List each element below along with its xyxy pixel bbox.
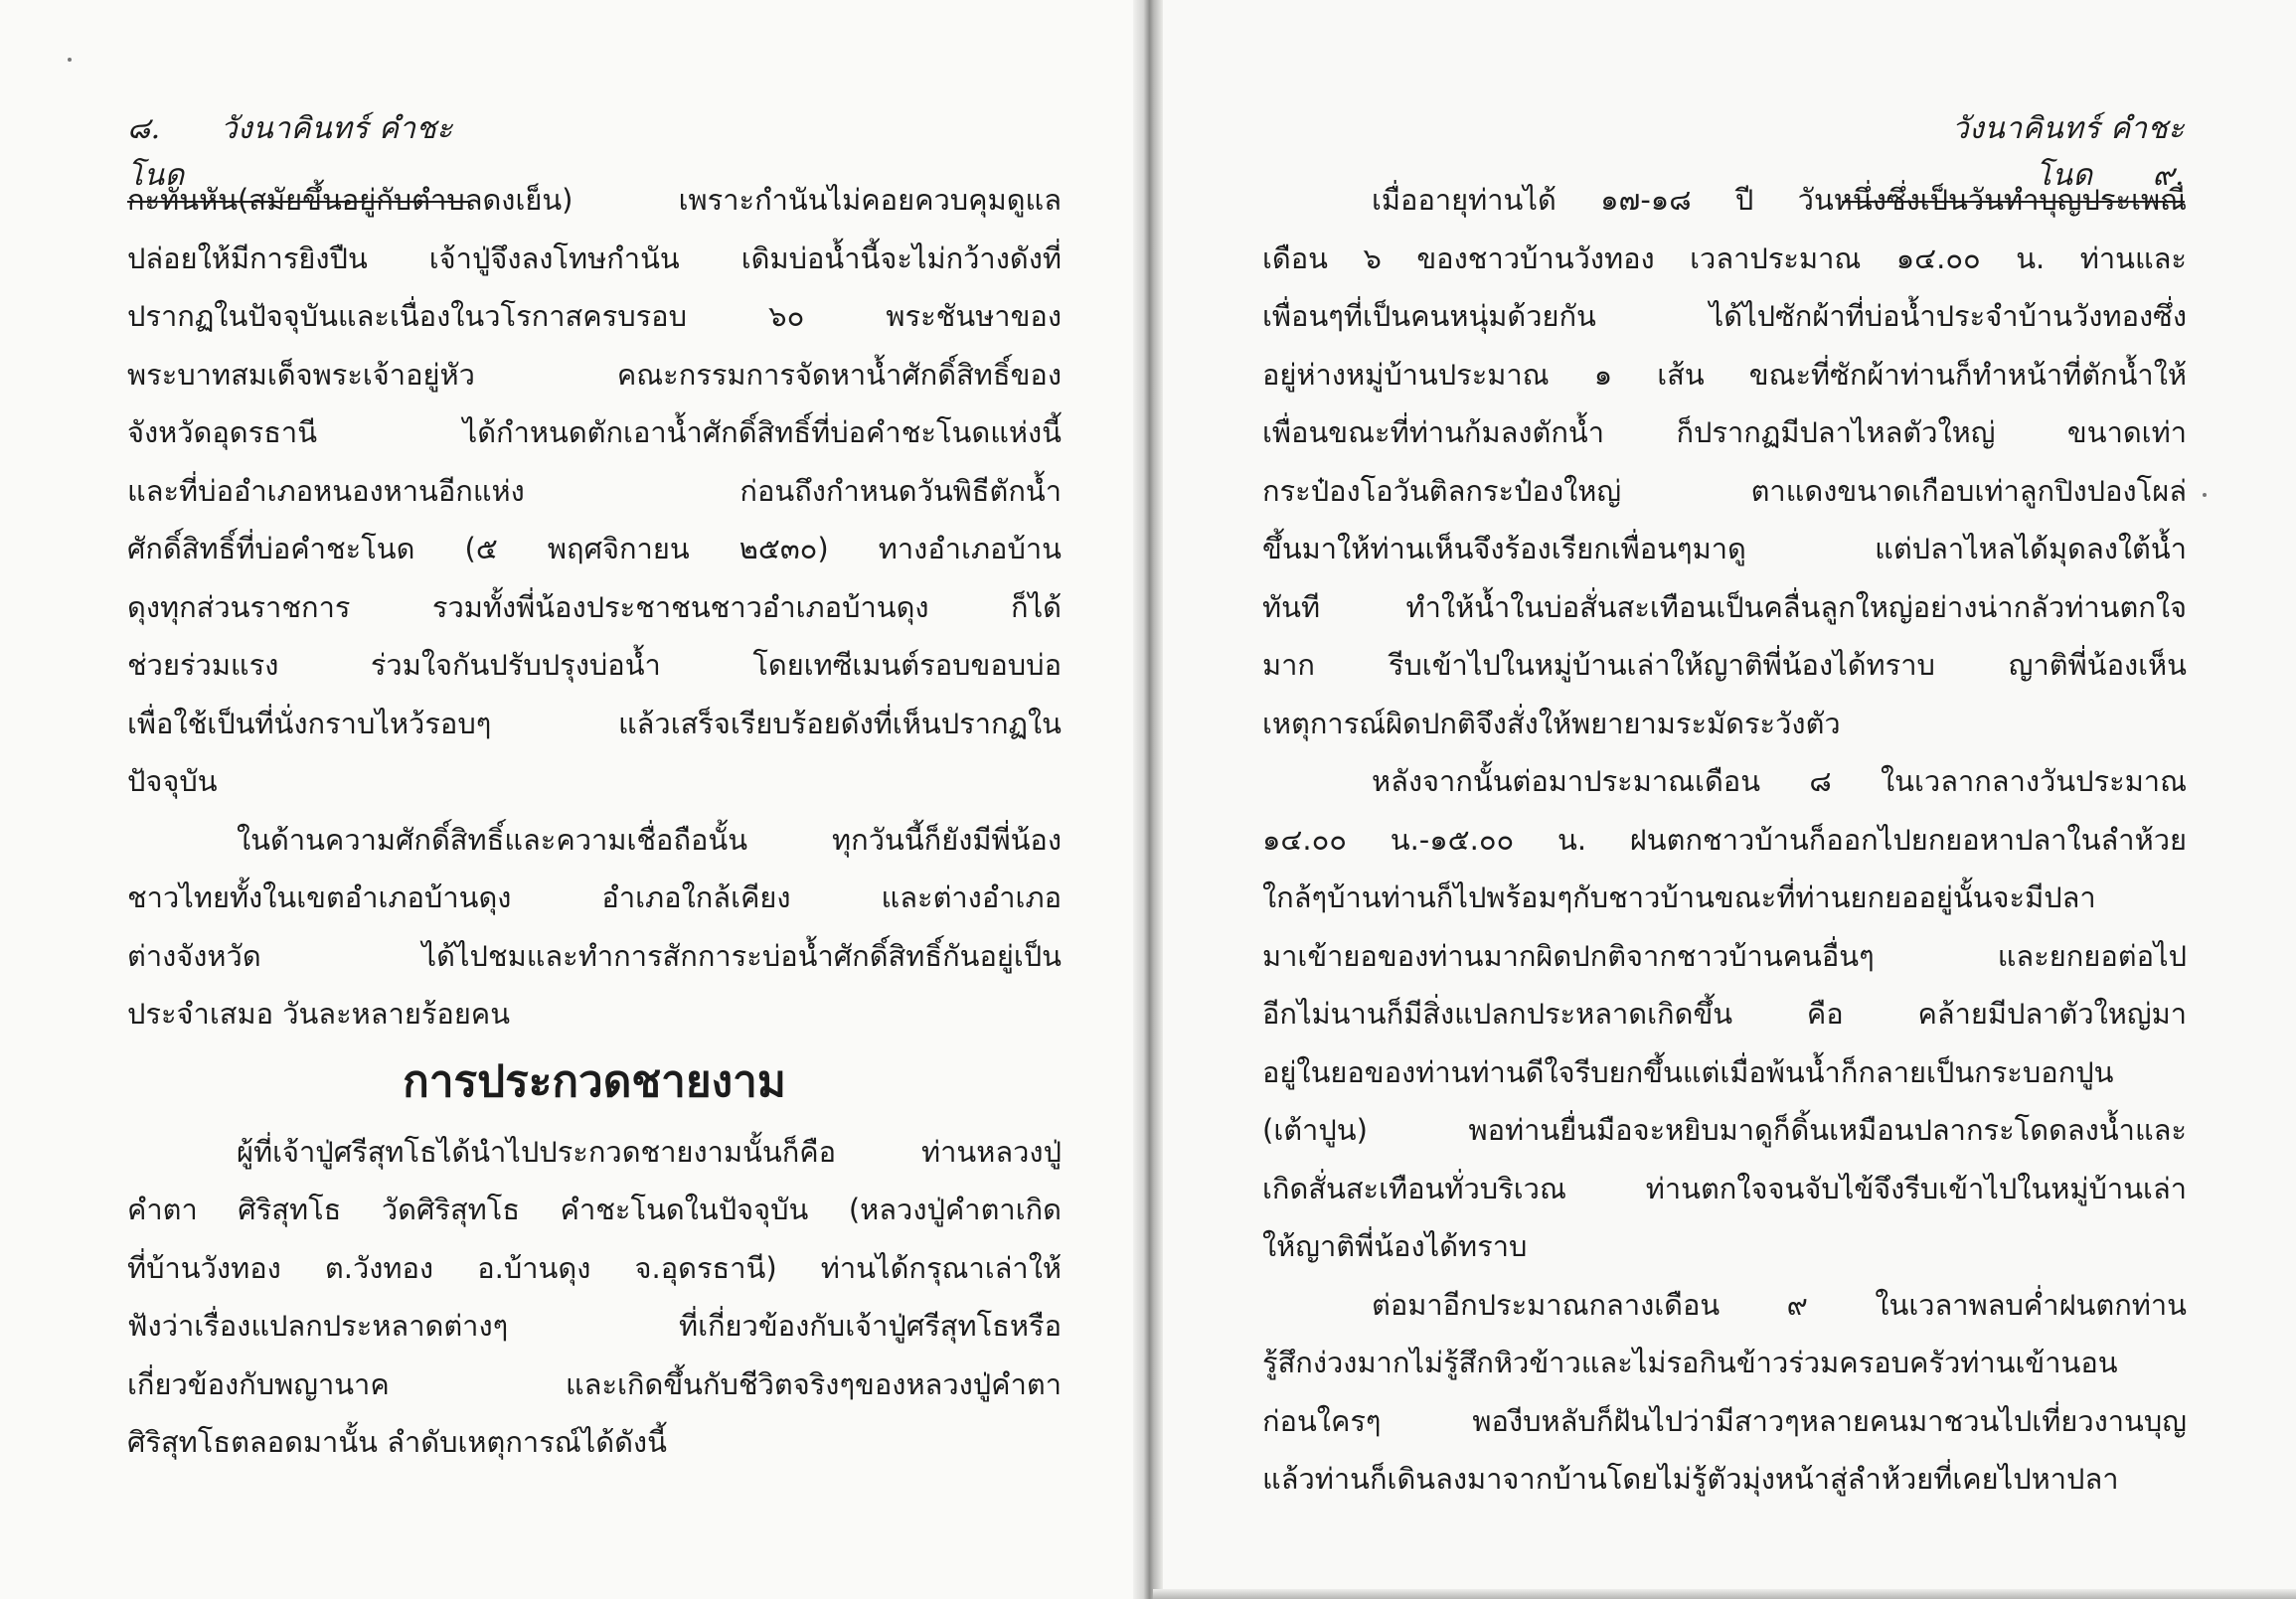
scan-speck [68,58,72,62]
paragraph-2: ในด้านความศักดิ์สิทธิ์และความเชื่อถือนั้… [127,811,1062,1043]
text-line: ผู้ที่เจ้าปู่ศรีสุทโธได้นำไปประกวดชายงาม… [127,1123,1062,1182]
page-bottom-edge [1153,1589,2296,1599]
text-line: ให้ญาติพี่น้องได้ทราบ [1262,1217,2187,1276]
scan-speck [2203,493,2207,497]
paragraph-2: หลังจากนั้นต่อมาประมาณเดือน ๘ ในเวลากลาง… [1262,752,2187,1276]
text-line: ก่อนใครๆ พองีบหลับก็ฝันไปว่ามีสาวๆหลายคน… [1262,1392,2187,1451]
text-line: หลังจากนั้นต่อมาประมาณเดือน ๘ ในเวลากลาง… [1262,752,2187,811]
text-line: รู้สึกง่วงมากไม่รู้สึกหิวข้าวและไม่รอกิน… [1262,1334,2187,1392]
text-line: กระป๋องโอวันติลกระป๋องใหญ่ ตาแดงขนาดเกือ… [1262,462,2187,521]
text-line: เหตุการณ์ผิดปกติจึงสั่งให้พยายามระมัดระว… [1262,695,2187,753]
text-line: เพื่อใช้เป็นที่นั่งกราบไหว้รอบๆ แล้วเสร็… [127,695,1062,753]
text-line: ประจำเสมอ วันละหลายร้อยคน [127,985,1062,1043]
text-line: ต่อมาอีกประมาณกลางเดือน ๙ ในเวลาพลบค่ำฝน… [1262,1276,2187,1335]
paragraph-3: ผู้ที่เจ้าปู่ศรีสุทโธได้นำไปประกวดชายงาม… [127,1123,1062,1472]
text-line: พระบาทสมเด็จพระเจ้าอยู่หัว คณะกรรมการจัด… [127,346,1062,404]
text-line: จังหวัดอุดรธานี ได้กำหนดตักเอาน้ำศักดิ์ส… [127,403,1062,462]
text-line: ที่บ้านวังทอง ต.วังทอง อ.บ้านดุง จ.อุดรธ… [127,1239,1062,1298]
text-line: ทันที ทำให้น้ำในบ่อสั่นสะเทือนเป็นคลื่นล… [1262,578,2187,637]
paragraph-1: กะทันหัน(สมัยขึ้นอยู่กับตำบลดงเย็น) เพรา… [127,171,1062,811]
paragraph-3: ต่อมาอีกประมาณกลางเดือน ๙ ในเวลาพลบค่ำฝน… [1262,1276,2187,1509]
text-line: ปล่อยให้มีการยิงปืน เจ้าปู่จึงลงโทษกำนัน… [127,230,1062,288]
text-line: ปัจจุบัน [127,752,1062,811]
text-line: เกี่ยวข้องกับพญานาค และเกิดขึ้นกับชีวิตจ… [127,1356,1062,1414]
text-line: กะทันหัน(สมัยขึ้นอยู่กับตำบลดงเย็น) เพรา… [127,171,1062,230]
text-line: ในด้านความศักดิ์สิทธิ์และความเชื่อถือนั้… [127,811,1062,870]
text-line: เดือน ๖ ของชาวบ้านวังทอง เวลาประมาณ ๑๔.๐… [1262,230,2187,288]
text-line: คำตา ศิริสุทโธ วัดศิริสุทโธ คำชะโนดในปัจ… [127,1181,1062,1239]
text-line: ขึ้นมาให้ท่านเห็นจึงร้องเรียกเพื่อนๆมาดู… [1262,520,2187,578]
text-line: มาเข้ายอของท่านมากผิดปกติจากชาวบ้านคนอื่… [1262,927,2187,986]
text-line: เกิดสั่นสะเทือนทั่วบริเวณ ท่านตกใจจนจับไ… [1262,1160,2187,1218]
page-number: ๘. [127,111,161,146]
text-line: มาก รีบเข้าไปในหมู่บ้านเล่าให้ญาติพี่น้อ… [1262,636,2187,695]
text-line: ชาวไทยทั้งในเขตอำเภอบ้านดุง อำเภอใกล้เคี… [127,869,1062,927]
text-line: ฟังว่าเรื่องแปลกประหลาดต่างๆ ที่เกี่ยวข้… [127,1297,1062,1356]
text-line: ศักดิ์สิทธิ์ที่บ่อคำชะโนด (๕ พฤศจิกายน ๒… [127,520,1062,578]
text-line: เมื่ออายุท่านได้ ๑๗-๑๘ ปี วันหนึ่งซึ่งเป… [1262,171,2187,230]
text-line: ต่างจังหวัด ได้ไปชมและทำการสักการะบ่อน้ำ… [127,927,1062,986]
right-body-text: เมื่ออายุท่านได้ ๑๗-๑๘ ปี วันหนึ่งซึ่งเป… [1262,171,2187,1509]
text-line: เพื่อนๆที่เป็นคนหนุ่มด้วยกัน ได้ไปซักผ้า… [1262,287,2187,346]
text-line: เพื่อนขณะที่ท่านก้มลงตักน้ำ ก็ปรากฏมีปลา… [1262,403,2187,462]
text-line: ช่วยร่วมแรง ร่วมใจกันปรับปรุงบ่อน้ำ โดยเ… [127,636,1062,695]
book-gutter-shadow [1133,0,1163,1599]
section-heading: การประกวดชายงาม [127,1043,1062,1121]
text-line: ปรากฏในปัจจุบันและเนื่องในวโรกาสครบรอบ ๖… [127,287,1062,346]
text-line: และที่บ่ออำเภอหนองหานอีกแห่ง ก่อนถึงกำหน… [127,462,1062,521]
text-line: ๑๔.๐๐ น.-๑๕.๐๐ น. ฝนตกชาวบ้านก็ออกไปยกยอ… [1262,811,2187,870]
text-line: ศิริสุทโธตลอดมานั้น ลำดับเหตุการณ์ได้ดัง… [127,1413,1062,1472]
text-line: อยู่ห่างหมู่บ้านประมาณ ๑ เส้น ขณะที่ซักผ… [1262,346,2187,404]
text-line: ดุงทุกส่วนราชการ รวมทั้งพี่น้องประชาชนชา… [127,578,1062,637]
text-line: แล้วท่านก็เดินลงมาจากบ้านโดยไม่รู้ตัวมุ่… [1262,1450,2187,1509]
text-line: อีกไม่นานก็มีสิ่งแปลกประหลาดเกิดขึ้น คือ… [1262,985,2187,1043]
text-line: ใกล้ๆบ้านท่านก็ไปพร้อมๆกับชาวบ้านขณะที่ท… [1262,869,2187,927]
text-line: (เต้าปูน) พอท่านยื่นมือจะหยิบมาดูก็ดิ้นเ… [1262,1101,2187,1160]
text-line: อยู่ในยอของท่านท่านดีใจรีบยกขึ้นแต่เมื่อ… [1262,1043,2187,1102]
left-body-text: กะทันหัน(สมัยขึ้นอยู่กับตำบลดงเย็น) เพรา… [127,171,1062,1472]
paragraph-1: เมื่ออายุท่านได้ ๑๗-๑๘ ปี วันหนึ่งซึ่งเป… [1262,171,2187,752]
